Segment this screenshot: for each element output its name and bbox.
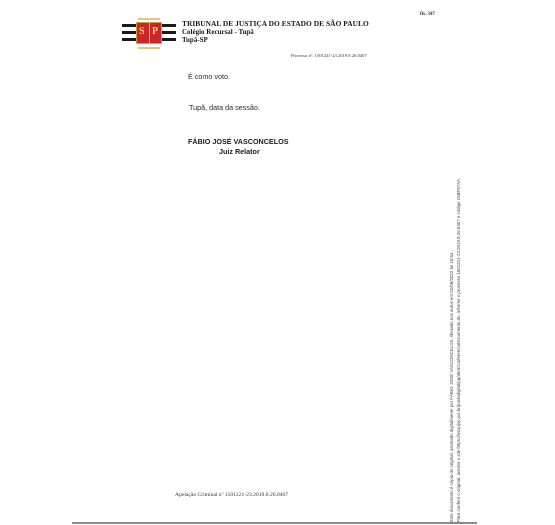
logo-shield: S P bbox=[136, 22, 162, 44]
stamp-line-1: Este documento é cópia do original, assi… bbox=[448, 40, 455, 522]
court-city: Tupã-SP bbox=[182, 36, 369, 44]
court-name: TRIBUNAL DE JUSTIÇA DO ESTADO DE SÃO PAU… bbox=[182, 20, 369, 28]
document-page: fls. 347 S P TRIBUNAL DE JUSTIÇA DO ESTA… bbox=[0, 0, 555, 525]
tjsp-coat-of-arms-icon: S P bbox=[122, 17, 176, 51]
signatory-name: FÁBIO JOSÉ VASCONCELOS bbox=[188, 137, 289, 146]
page-footer: Apelação Criminal nº 1501221-23.2019.8.2… bbox=[175, 492, 288, 498]
vote-statement: É como voto. bbox=[188, 72, 230, 81]
digital-signature-stamp: Este documento é cópia do original, assi… bbox=[448, 40, 464, 522]
logo-letter-s: S bbox=[139, 26, 145, 37]
process-number: Processo nº: 1501221-23.2019.8.26.0407 bbox=[291, 53, 367, 58]
logo-letter-p: P bbox=[152, 26, 158, 37]
logo-motto-bottom bbox=[138, 47, 160, 49]
logo-sword-icon bbox=[149, 23, 150, 45]
place-date-line: Tupã, data da sessão. bbox=[189, 103, 260, 112]
logo-motto-top bbox=[138, 18, 160, 20]
page-folio: fls. 347 bbox=[420, 12, 435, 17]
signatory-role: Juiz Relator bbox=[219, 147, 260, 156]
court-header: TRIBUNAL DE JUSTIÇA DO ESTADO DE SÃO PAU… bbox=[182, 20, 369, 44]
court-unit: Colégio Recursal - Tupã bbox=[182, 28, 369, 36]
stamp-line-2: Para conferir o original, acesse o site … bbox=[455, 40, 462, 522]
page-bottom-border bbox=[72, 522, 477, 524]
